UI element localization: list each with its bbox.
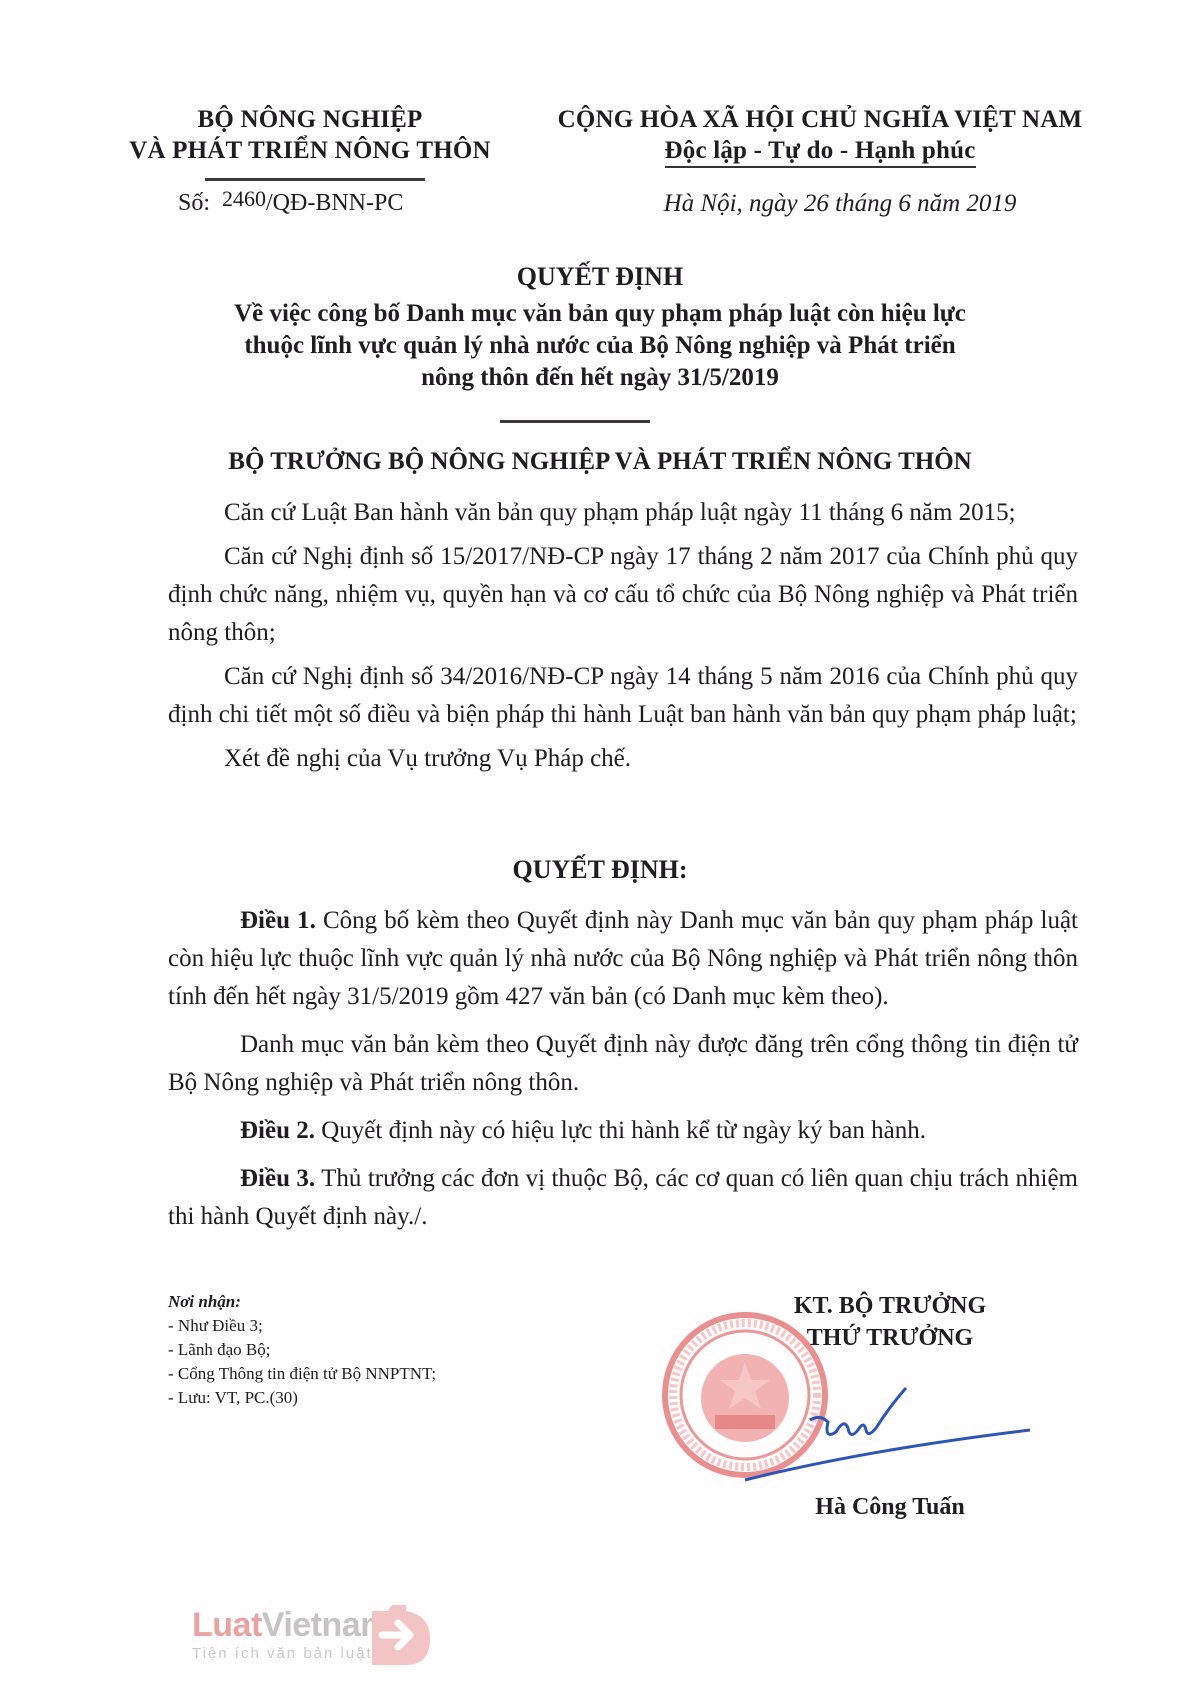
article-2-label: Điều 2. xyxy=(240,1117,315,1144)
doc-number-label: Số: xyxy=(178,190,210,216)
agency-underline xyxy=(205,178,425,181)
subject-line-2: thuộc lĩnh vực quản lý nhà nước của Bộ N… xyxy=(140,330,1060,362)
article-1-note: Danh mục văn bản kèm theo Quyết định này… xyxy=(168,1031,1078,1096)
ministry-line2: VÀ PHÁT TRIỂN NÔNG THÔN xyxy=(120,135,500,166)
article-1-label: Điều 1. xyxy=(240,907,316,934)
brand-tagline: Tiện ích văn bản luật xyxy=(192,1645,390,1662)
preamble-decree-15: Căn cứ Nghị định số 15/2017/NĐ-CP ngày 1… xyxy=(168,543,1078,646)
signature-title: KT. BỘ TRƯỞNG THỨ TRƯỞNG xyxy=(760,1290,1020,1354)
document-type: QUYẾT ĐỊNH xyxy=(160,262,1040,292)
preamble: Căn cứ Luật Ban hành văn bản quy phạm ph… xyxy=(168,494,1078,778)
recipient-item: - Lãnh đạo Bộ; xyxy=(168,1338,568,1362)
signature-title-line1: KT. BỘ TRƯỞNG xyxy=(760,1290,1020,1322)
article-3-label: Điều 3. xyxy=(240,1165,315,1192)
watermark-logo: LuatVietnam Tiện ích văn bản luật xyxy=(192,1606,390,1662)
national-header: CỘNG HÒA XÃ HỘI CHỦ NGHĨA VIỆT NAM Độc l… xyxy=(540,104,1100,166)
signature-scribble-icon xyxy=(740,1380,1040,1490)
recipient-item: - Cổng Thông tin điện tử Bộ NNPTNT; xyxy=(168,1362,568,1386)
article-2-text: Quyết định này có hiệu lực thi hành kể t… xyxy=(315,1117,926,1144)
recipients-label: Nơi nhận: xyxy=(168,1290,568,1314)
doc-number: Số: 2460/QĐ-BNN-PC xyxy=(178,190,403,217)
preamble-decree-34: Căn cứ Nghị định số 34/2016/NĐ-CP ngày 1… xyxy=(168,663,1078,728)
ministry-line1: BỘ NÔNG NGHIỆP xyxy=(120,104,500,135)
decision-heading: QUYẾT ĐỊNH: xyxy=(160,855,1040,885)
title-underline xyxy=(500,420,650,423)
subject-line-1: Về việc công bố Danh mục văn bản quy phạ… xyxy=(140,298,1060,330)
subject-line-3: nông thôn đến hết ngày 31/5/2019 xyxy=(140,362,1060,394)
preamble-law: Căn cứ Luật Ban hành văn bản quy phạm ph… xyxy=(224,499,1016,526)
issuing-agency: BỘ NÔNG NGHIỆP VÀ PHÁT TRIỂN NÔNG THÔN xyxy=(120,104,500,166)
republic-name: CỘNG HÒA XÃ HỘI CHỦ NGHĨA VIỆT NAM xyxy=(540,104,1100,135)
articles: Điều 1. Công bố kèm theo Quyết định này … xyxy=(168,902,1078,1236)
signature-title-line2: THỨ TRƯỞNG xyxy=(760,1322,1020,1354)
national-motto: Độc lập - Tự do - Hạnh phúc xyxy=(665,137,976,168)
document-subject: Về việc công bố Danh mục văn bản quy phạ… xyxy=(140,298,1060,394)
recipient-item: - Như Điều 3; xyxy=(168,1314,568,1338)
brand-red: Luat xyxy=(192,1606,262,1644)
signer-name: Hà Công Tuấn xyxy=(760,1494,1020,1521)
place-date: Hà Nội, ngày 26 tháng 6 năm 2019 xyxy=(600,190,1080,218)
doc-number-value: 2460 xyxy=(222,186,266,211)
doc-number-suffix: /QĐ-BNN-PC xyxy=(266,190,403,216)
recipients: Nơi nhận: - Như Điều 3; - Lãnh đạo Bộ; -… xyxy=(168,1290,568,1410)
logo-arrow-icon xyxy=(368,1603,434,1667)
issuing-authority: BỘ TRƯỞNG BỘ NÔNG NGHIỆP VÀ PHÁT TRIỂN N… xyxy=(150,448,1050,476)
recipient-item: - Lưu: VT, PC.(30) xyxy=(168,1386,568,1410)
preamble-proposal: Xét đề nghị của Vụ trưởng Vụ Pháp chế. xyxy=(224,745,631,772)
